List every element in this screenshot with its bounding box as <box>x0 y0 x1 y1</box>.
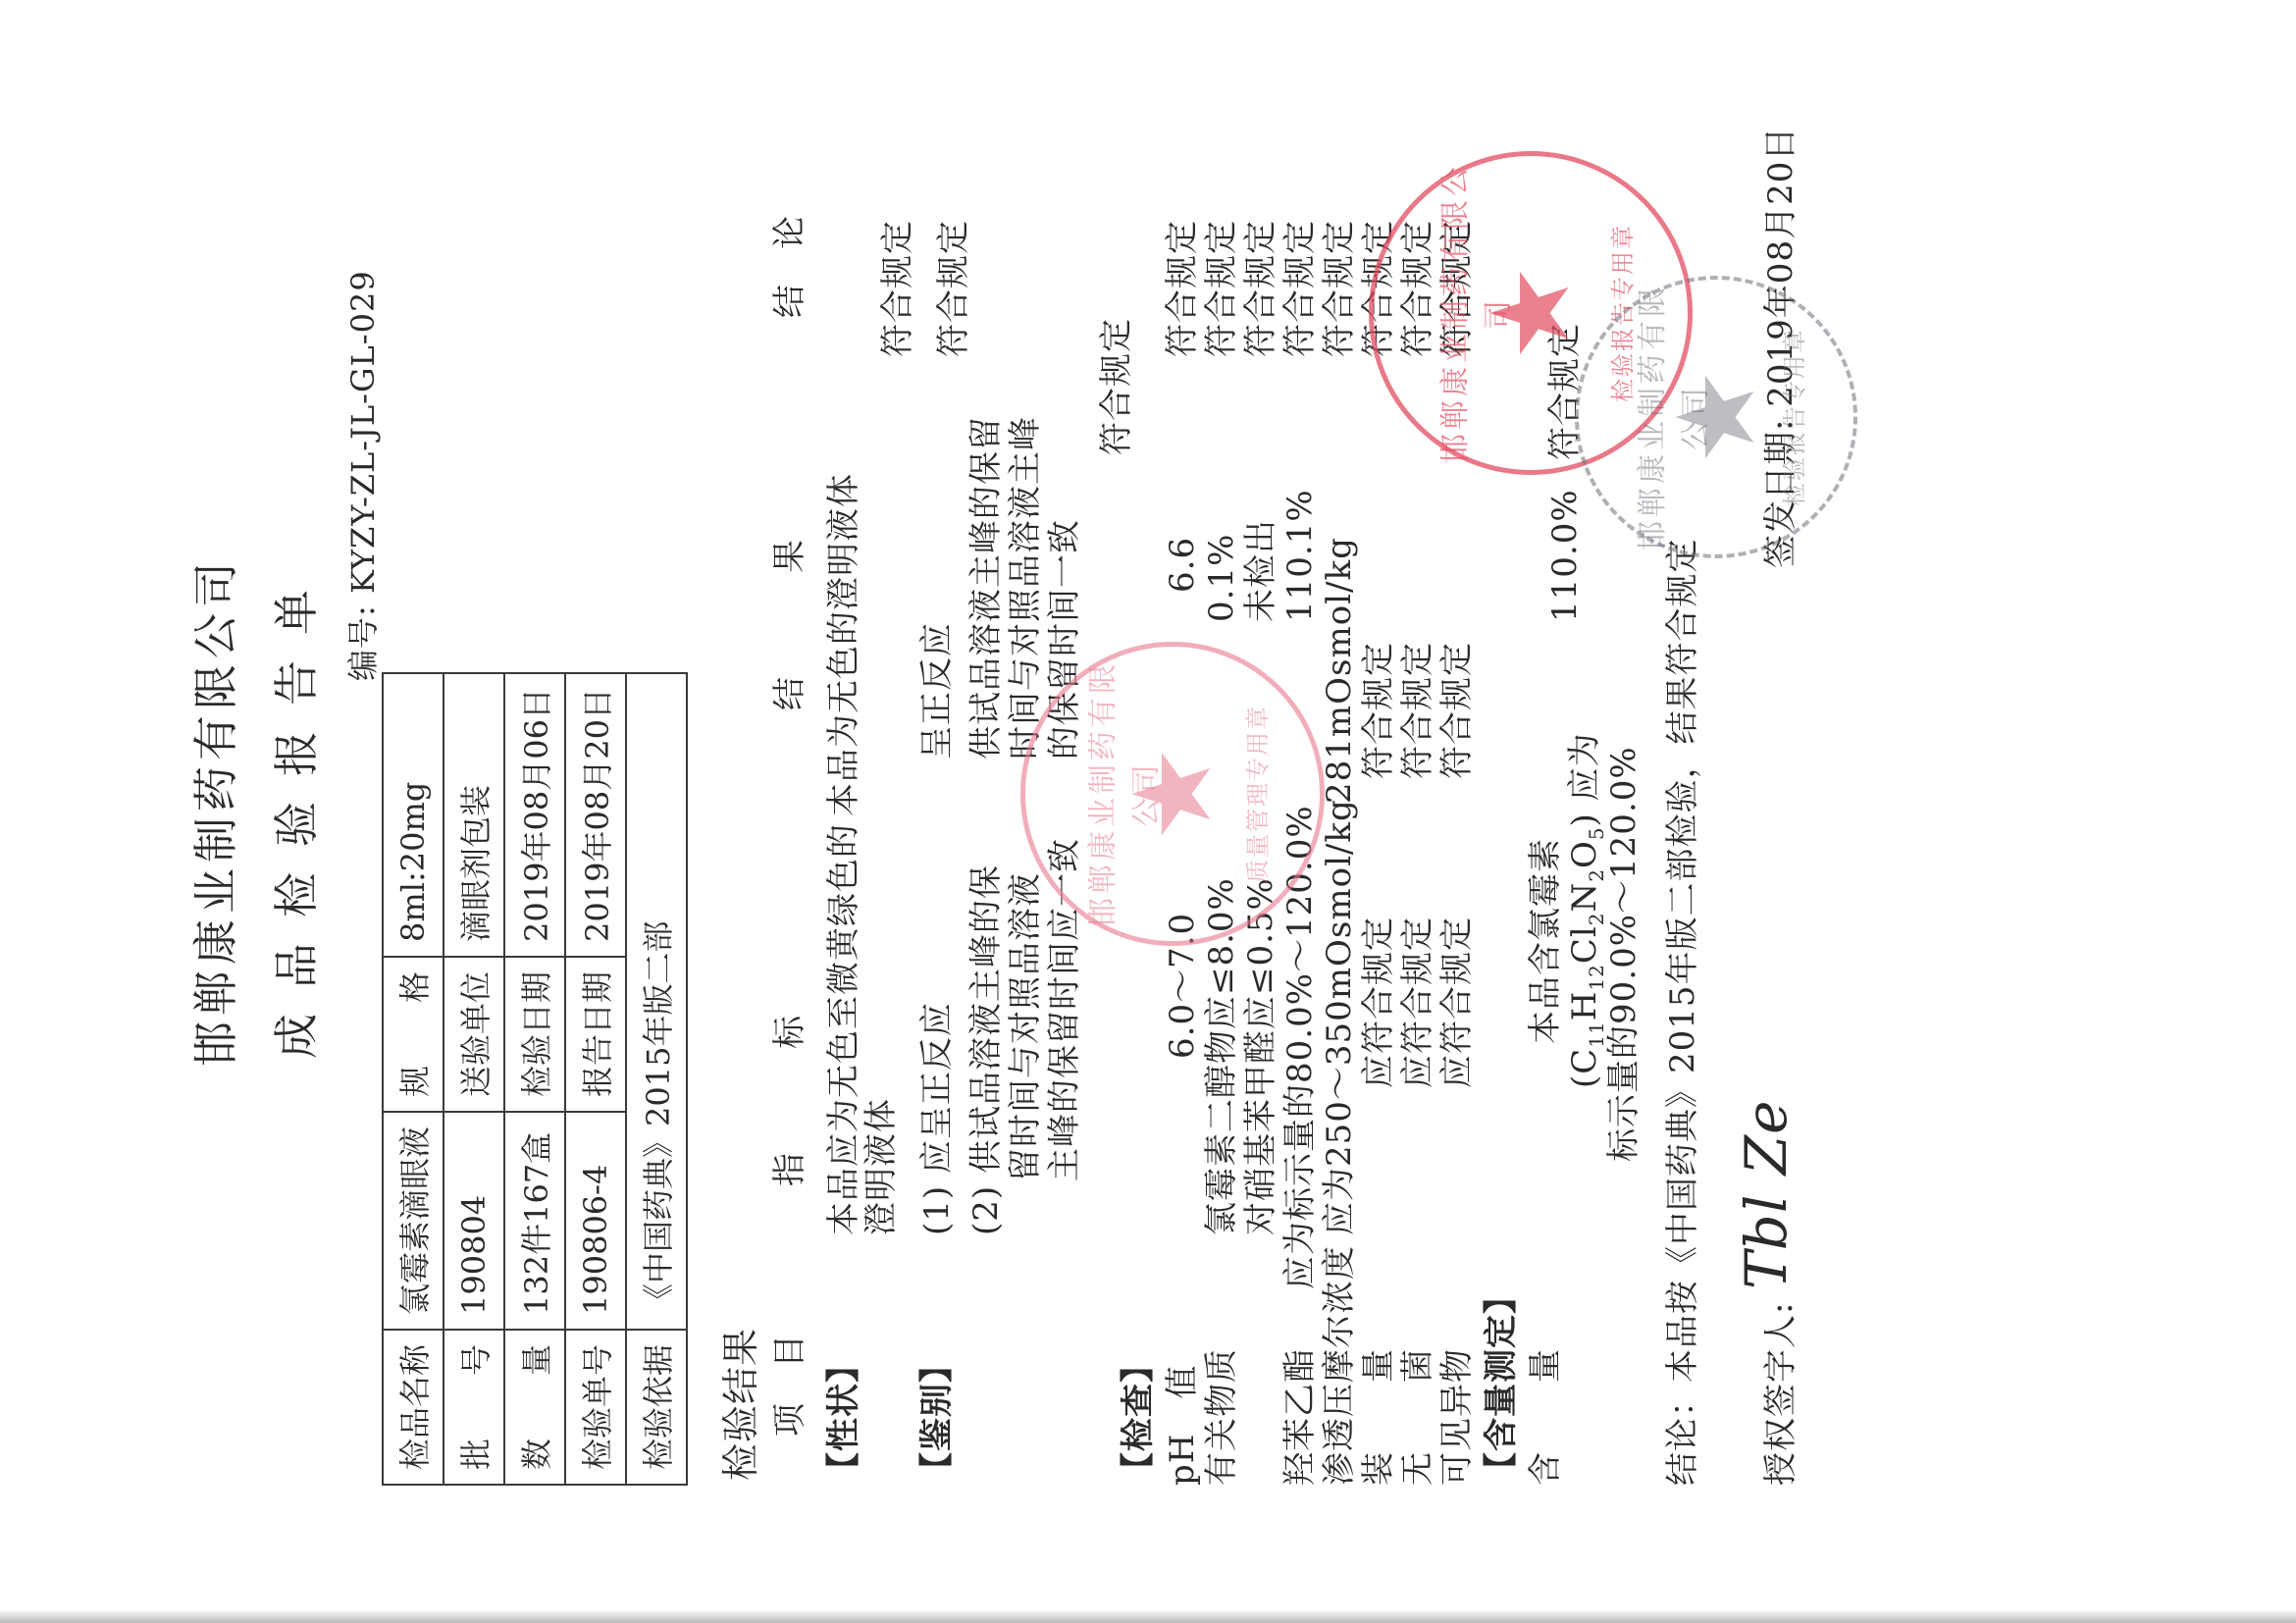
inspection-conclusion: 符合规定 <box>1280 220 1320 357</box>
section-character: 【性状】 <box>824 1348 863 1486</box>
identification-result: 呈正反应 <box>917 622 957 759</box>
scan-edge <box>0 1609 2296 1623</box>
table-row: 数 量 132件167盒 检验日期 2019年08月06日 <box>504 673 565 1485</box>
inspection-item: 装 量 <box>1359 1348 1398 1486</box>
final-conclusion: 结论：本品按《中国药典》2015年版二部检验，结果符合规定 <box>1663 538 1702 1486</box>
inspection-result: 未检出 <box>1241 519 1280 622</box>
identification-standard: (2) 供试品溶液主峰的保 <box>966 864 1006 1235</box>
inspection-conclusion: 符合规定 <box>1163 220 1202 357</box>
product-info-table: 检品名称 氯霉素滴眼液 规 格 8ml:20mg 批 号 190804 送验单位… <box>382 672 688 1486</box>
info-value: 132件167盒 <box>504 1112 565 1330</box>
inspection-result: 281mOsmol/kg <box>1320 537 1359 804</box>
report-stamp: 邯郸康业制药有限公司 ★ 检验报告专用章 <box>1575 276 1857 558</box>
company-name: 邯郸康业制药有限公司 <box>196 0 235 1623</box>
table-row: 检验依据 《中国药典》2015年版二部 <box>626 673 687 1485</box>
identification-result: 时间与对照品溶液主峰 <box>1006 416 1045 759</box>
inspection-item: pH 值 <box>1163 1365 1202 1486</box>
info-value: 190804 <box>444 1112 504 1330</box>
report-stamp-sub: 检验报告专用章 <box>1775 280 1809 554</box>
inspection-standard: 应符合规定 <box>1437 916 1477 1088</box>
column-header-result: 结 果 <box>770 539 809 710</box>
identification-conclusion: 符合规定 <box>934 220 973 357</box>
assay-standard-line: 标示量的90.0%～120.0% <box>1604 746 1644 1162</box>
info-value: 2019年08月06日 <box>504 673 565 957</box>
section-assay: 【含量测定】 <box>1482 1280 1521 1486</box>
column-header-item: 项 目 <box>770 1334 809 1437</box>
info-label: 规 格 <box>383 957 444 1112</box>
info-label: 数 量 <box>504 1330 565 1485</box>
results-heading: 检验结果 <box>721 1328 760 1481</box>
formula-tail: ) 应为 <box>1565 732 1604 826</box>
info-label: 检验单号 <box>565 1330 626 1485</box>
section-identification: 【鉴别】 <box>917 1348 957 1486</box>
info-value: 《中国药典》2015年版二部 <box>626 673 687 1330</box>
identification-standard: 留时间与对照品溶液 <box>1006 872 1045 1181</box>
table-row: 检验单号 190806-4 报告日期 2019年08月20日 <box>565 673 626 1485</box>
inspection-conclusion: 符合规定 <box>1241 220 1280 357</box>
character-result: 本品为无色的澄明液体 <box>824 473 863 816</box>
inspection-result: 0.1% <box>1202 534 1241 622</box>
section-inspection: 【检查】 <box>1119 1348 1158 1486</box>
inspection-report-document: 邯郸康业制药有限公司 成品检验报告单 编号: KYZY-ZL-JL-GL-029… <box>0 0 2296 1623</box>
identification-conclusion: 符合规定 <box>1097 318 1136 455</box>
inspection-item: 无 菌 <box>1398 1348 1437 1486</box>
character-conclusion: 符合规定 <box>878 220 917 357</box>
inspection-item: 可见异物 <box>1437 1348 1477 1486</box>
column-header-standard: 指 标 <box>770 1015 809 1186</box>
info-value: 2019年08月20日 <box>565 673 626 957</box>
assay-item: 含 量 <box>1526 1348 1565 1486</box>
star-icon: ★ <box>1119 746 1226 843</box>
info-label: 检品名称 <box>383 1330 444 1485</box>
table-row: 检品名称 氯霉素滴眼液 规 格 8ml:20mg <box>383 673 444 1485</box>
info-label: 批 号 <box>444 1330 504 1485</box>
inspection-item: 羟苯乙酯 <box>1280 1348 1320 1486</box>
signatory-label: 授权签字人: <box>1761 1302 1800 1486</box>
inspection-standard: 应符合规定 <box>1359 916 1398 1088</box>
inspection-item: 渗透压摩尔浓度 <box>1320 1245 1359 1486</box>
star-icon: ★ <box>1662 369 1770 466</box>
inspection-conclusion: 符合规定 <box>1202 220 1241 357</box>
report-code: 编号: KYZY-ZL-JL-GL-029 <box>343 270 383 681</box>
assay-result: 110.0% <box>1545 489 1585 622</box>
inspection-conclusion: 符合规定 <box>1320 220 1359 357</box>
info-value: 滴眼剂包装 <box>444 673 504 957</box>
qa-stamp-sub: 质量管理专用章 <box>1238 647 1273 941</box>
formula-prefix: (C <box>1565 1048 1604 1088</box>
report-title: 成品检验报告单 <box>277 0 316 1623</box>
table-row: 批 号 190804 送验单位 滴眼剂包装 <box>444 673 504 1485</box>
scanned-page: 邯郸康业制药有限公司 成品检验报告单 编号: KYZY-ZL-JL-GL-029… <box>0 0 2296 1623</box>
column-header-conclusion: 结 论 <box>770 215 809 318</box>
info-value: 氯霉素滴眼液 <box>383 1112 444 1330</box>
info-label: 送验单位 <box>444 957 504 1112</box>
signature: Tbl Ze <box>1747 1100 1786 1289</box>
info-label: 报告日期 <box>565 957 626 1112</box>
info-label: 检验日期 <box>504 957 565 1112</box>
inspection-result: 符合规定 <box>1437 642 1477 779</box>
character-standard-line: 本品应为无色至微黄绿色的 <box>824 823 863 1235</box>
character-standard-line: 澄明液体 <box>861 1098 901 1235</box>
inspection-item: 有关物质 <box>1202 1348 1241 1486</box>
report-code-label: 编号: <box>344 604 382 681</box>
inspection-standard: 应符合规定 <box>1398 916 1437 1088</box>
qa-stamp: 邯郸康业制药有限公司 ★ 质量管理专用章 <box>1020 642 1325 946</box>
info-value: 8ml:20mg <box>383 673 444 957</box>
inspection-result: 符合规定 <box>1398 642 1437 779</box>
assay-standard-line: 本品含氯霉素 <box>1526 838 1565 1044</box>
identification-result: 供试品溶液主峰的保留 <box>966 416 1006 759</box>
info-label: 检验依据 <box>626 1330 687 1485</box>
inspection-result: 110.1% <box>1280 489 1320 622</box>
inspection-result: 符合规定 <box>1359 642 1398 779</box>
identification-standard: (1) 应呈正反应 <box>917 1002 957 1235</box>
report-code-value: KYZY-ZL-JL-GL-029 <box>344 270 382 594</box>
inspection-result: 6.6 <box>1163 537 1202 593</box>
info-value: 190806-4 <box>565 1112 626 1330</box>
inspection-standard: 应为250～350mOsmol/kg <box>1320 799 1359 1235</box>
star-icon: ★ <box>1477 265 1585 362</box>
